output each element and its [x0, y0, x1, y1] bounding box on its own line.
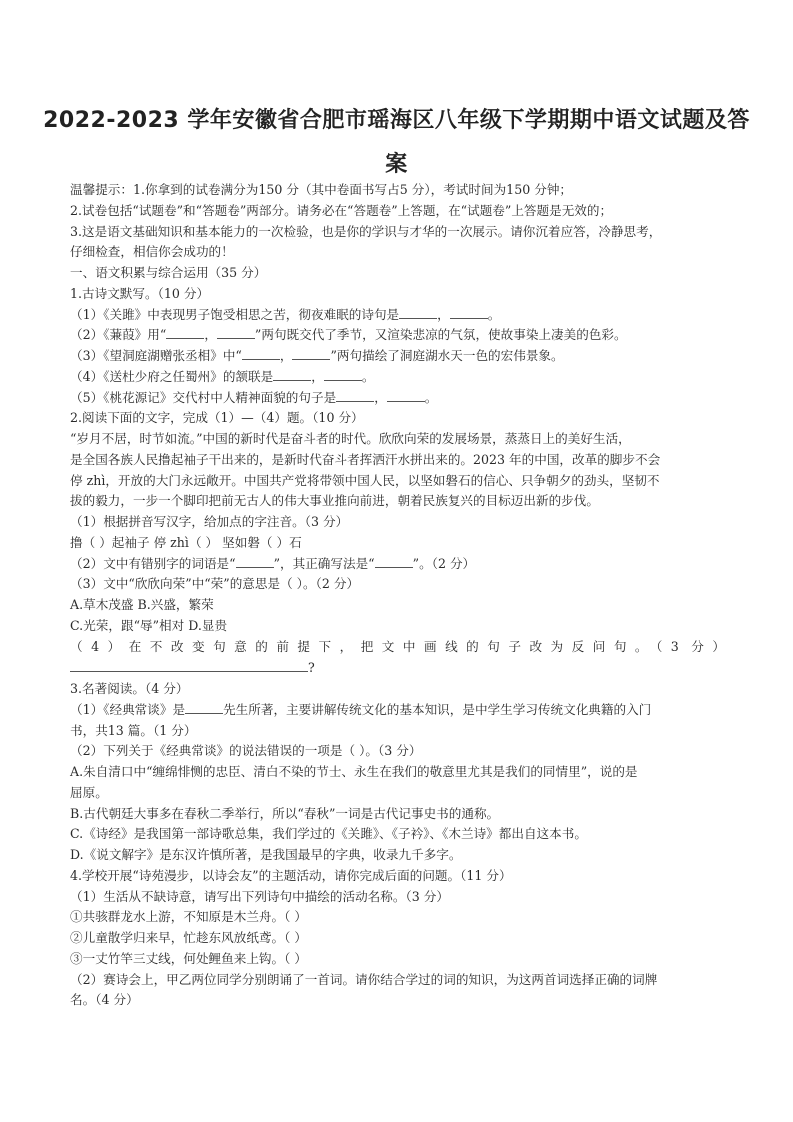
answer-blank[interactable] [166, 326, 204, 339]
answer-blank[interactable] [292, 347, 330, 360]
answer-blank[interactable] [324, 368, 362, 381]
q2-sub2: （2）文中有错别字的词语是“”，其正确写法是“”。（2 分） [70, 554, 725, 575]
q1-item: （5）《桃花源记》交代村中人精神面貌的句子是，。 [70, 388, 725, 409]
q3-option-b: B.古代朝廷大事多在春秋二季举行，所以“春秋”一词是古代记事史书的通称。 [70, 804, 725, 825]
q3-option-a-cont: 屈原。 [70, 783, 725, 804]
q2-sub3-options: C.光荣，跟“辱”相对 D.显贵 [70, 616, 725, 637]
answer-blank[interactable] [242, 347, 280, 360]
q3-option-d: D.《说文解字》是东汉许慎所著，是我国最早的字典，收录九千多字。 [70, 845, 725, 866]
passage-line: 拔的毅力，一步一个脚印把前无古人的伟大事业推向前进，朝着民族复兴的目标迈出新的步… [70, 491, 725, 512]
answer-blank[interactable] [450, 306, 488, 319]
notice-line: 3.这是语文基础知识和基本能力的一次检验，也是你的学识与才华的一次展示。请你沉着… [70, 222, 725, 243]
q2-sub4: （4）在不改变句意的前提下，把文中画线的句子改为反问句。（3 分） [70, 637, 725, 658]
notice-line: 温馨提示：1.你拿到的试卷满分为150 分（其中卷面书写占5 分），考试时间为1… [70, 180, 725, 201]
q3-option-c: C.《诗经》是我国第一部诗歌总集，我们学过的《关雎》、《子衿》、《木兰诗》都出自… [70, 824, 725, 845]
document-body: 温馨提示：1.你拿到的试卷满分为150 分（其中卷面书写占5 分），考试时间为1… [70, 180, 725, 1011]
document-title-line1: 2022-2023 学年安徽省合肥市瑶海区八年级下学期期中语文试题及答 [0, 103, 793, 134]
answer-blank[interactable] [70, 657, 308, 672]
q3-option-a: A.朱自清口中“缠绵悱恻的忠臣、清白不染的节士、永生在我们的敬意里尤其是我们的同… [70, 762, 725, 783]
document-title-line2: 案 [0, 147, 793, 178]
passage-line: 停 zhì，开放的大门永远敞开。中国共产党将带领中国人民，以坚如磐石的信心、只争… [70, 471, 725, 492]
q4-item: ③一丈竹竿三丈线，何处鲤鱼来上钩。（ ） [70, 949, 725, 970]
q4-sub2: （2）赛诗会上，甲乙两位同学分别朗诵了一首词。请你结合学过的词的知识，为这两首词… [70, 970, 725, 991]
q2-sub3-options: A.草木茂盛 B.兴盛，繁荣 [70, 595, 725, 616]
q4-sub1: （1）生活从不缺诗意，请写出下列诗句中描绘的活动名称。（3 分） [70, 887, 725, 908]
q2-sub1: （1）根据拼音写汉字，给加点的字注音。（3 分） [70, 512, 725, 533]
passage-line: 是全国各族人民撸起袖子干出来的，是新时代奋斗者挥洒汗水拼出来的。2023 年的中… [70, 450, 725, 471]
answer-blank[interactable] [236, 555, 274, 568]
q3-sub1-cont: 书，共13 篇。（1 分） [70, 721, 725, 742]
q3-sub1: （1）《经典常谈》是先生所著，主要讲解传统文化的基本知识，是中学生学习传统文化典… [70, 700, 725, 721]
question-2-title: 2.阅读下面的文字，完成（1）—（4）题。（10 分） [70, 408, 725, 429]
passage-line: “岁月不居，时节如流。”中国的新时代是奋斗者的时代。欣欣向荣的发展场景，蒸蒸日上… [70, 429, 725, 450]
section-heading: 一、语文积累与综合运用（35 分） [70, 263, 725, 284]
notice-line: 2.试卷包括“试题卷”和“答题卷”两部分。请务必在“答题卷”上答题，在“试题卷”… [70, 201, 725, 222]
answer-blank[interactable] [336, 389, 374, 402]
answer-blank[interactable] [273, 368, 311, 381]
q1-item: （2）《蒹葭》用“，”两句既交代了季节，又渲染悲凉的气氛，使故事染上凄美的色彩。 [70, 325, 725, 346]
q4-item: ②儿童散学归来早，忙趁东风放纸鸢。（ ） [70, 928, 725, 949]
q1-item: （4）《送杜少府之任蜀州》的颔联是，。 [70, 367, 725, 388]
q4-sub2-cont: 名。（4 分） [70, 990, 725, 1011]
q1-item: （1）《关雎》中表现男子饱受相思之苦，彻夜难眠的诗句是，。 [70, 305, 725, 326]
question-4-title: 4.学校开展“诗苑漫步，以诗会友”的主题活动，请你完成后面的问题。（11 分） [70, 866, 725, 887]
answer-blank[interactable] [185, 701, 223, 714]
question-1-title: 1.古诗文默写。（10 分） [70, 284, 725, 305]
answer-blank[interactable] [217, 326, 255, 339]
answer-blank[interactable] [375, 555, 413, 568]
question-3-title: 3.名著阅读。（4 分） [70, 679, 725, 700]
q2-sub4-answer: ? [70, 657, 725, 679]
q2-sub1-items: 撸（ ）起袖子 停 zhì（ ） 坚如磐（ ）石 [70, 533, 725, 554]
answer-blank[interactable] [387, 389, 425, 402]
answer-blank[interactable] [399, 306, 437, 319]
notice-line: 仔细检查，相信你会成功的！ [70, 242, 725, 263]
q4-item: ①共骇群龙水上游，不知原是木兰舟。（ ） [70, 907, 725, 928]
q2-sub3: （3）文中“欣欣向荣”中“荣”的意思是（ ）。（2 分） [70, 574, 725, 595]
q1-item: （3）《望洞庭湖赠张丞相》中“，”两句描绘了洞庭湖水天一色的宏伟景象。 [70, 346, 725, 367]
q3-sub2: （2）下列关于《经典常谈》的说法错误的一项是（ ）。（3 分） [70, 741, 725, 762]
